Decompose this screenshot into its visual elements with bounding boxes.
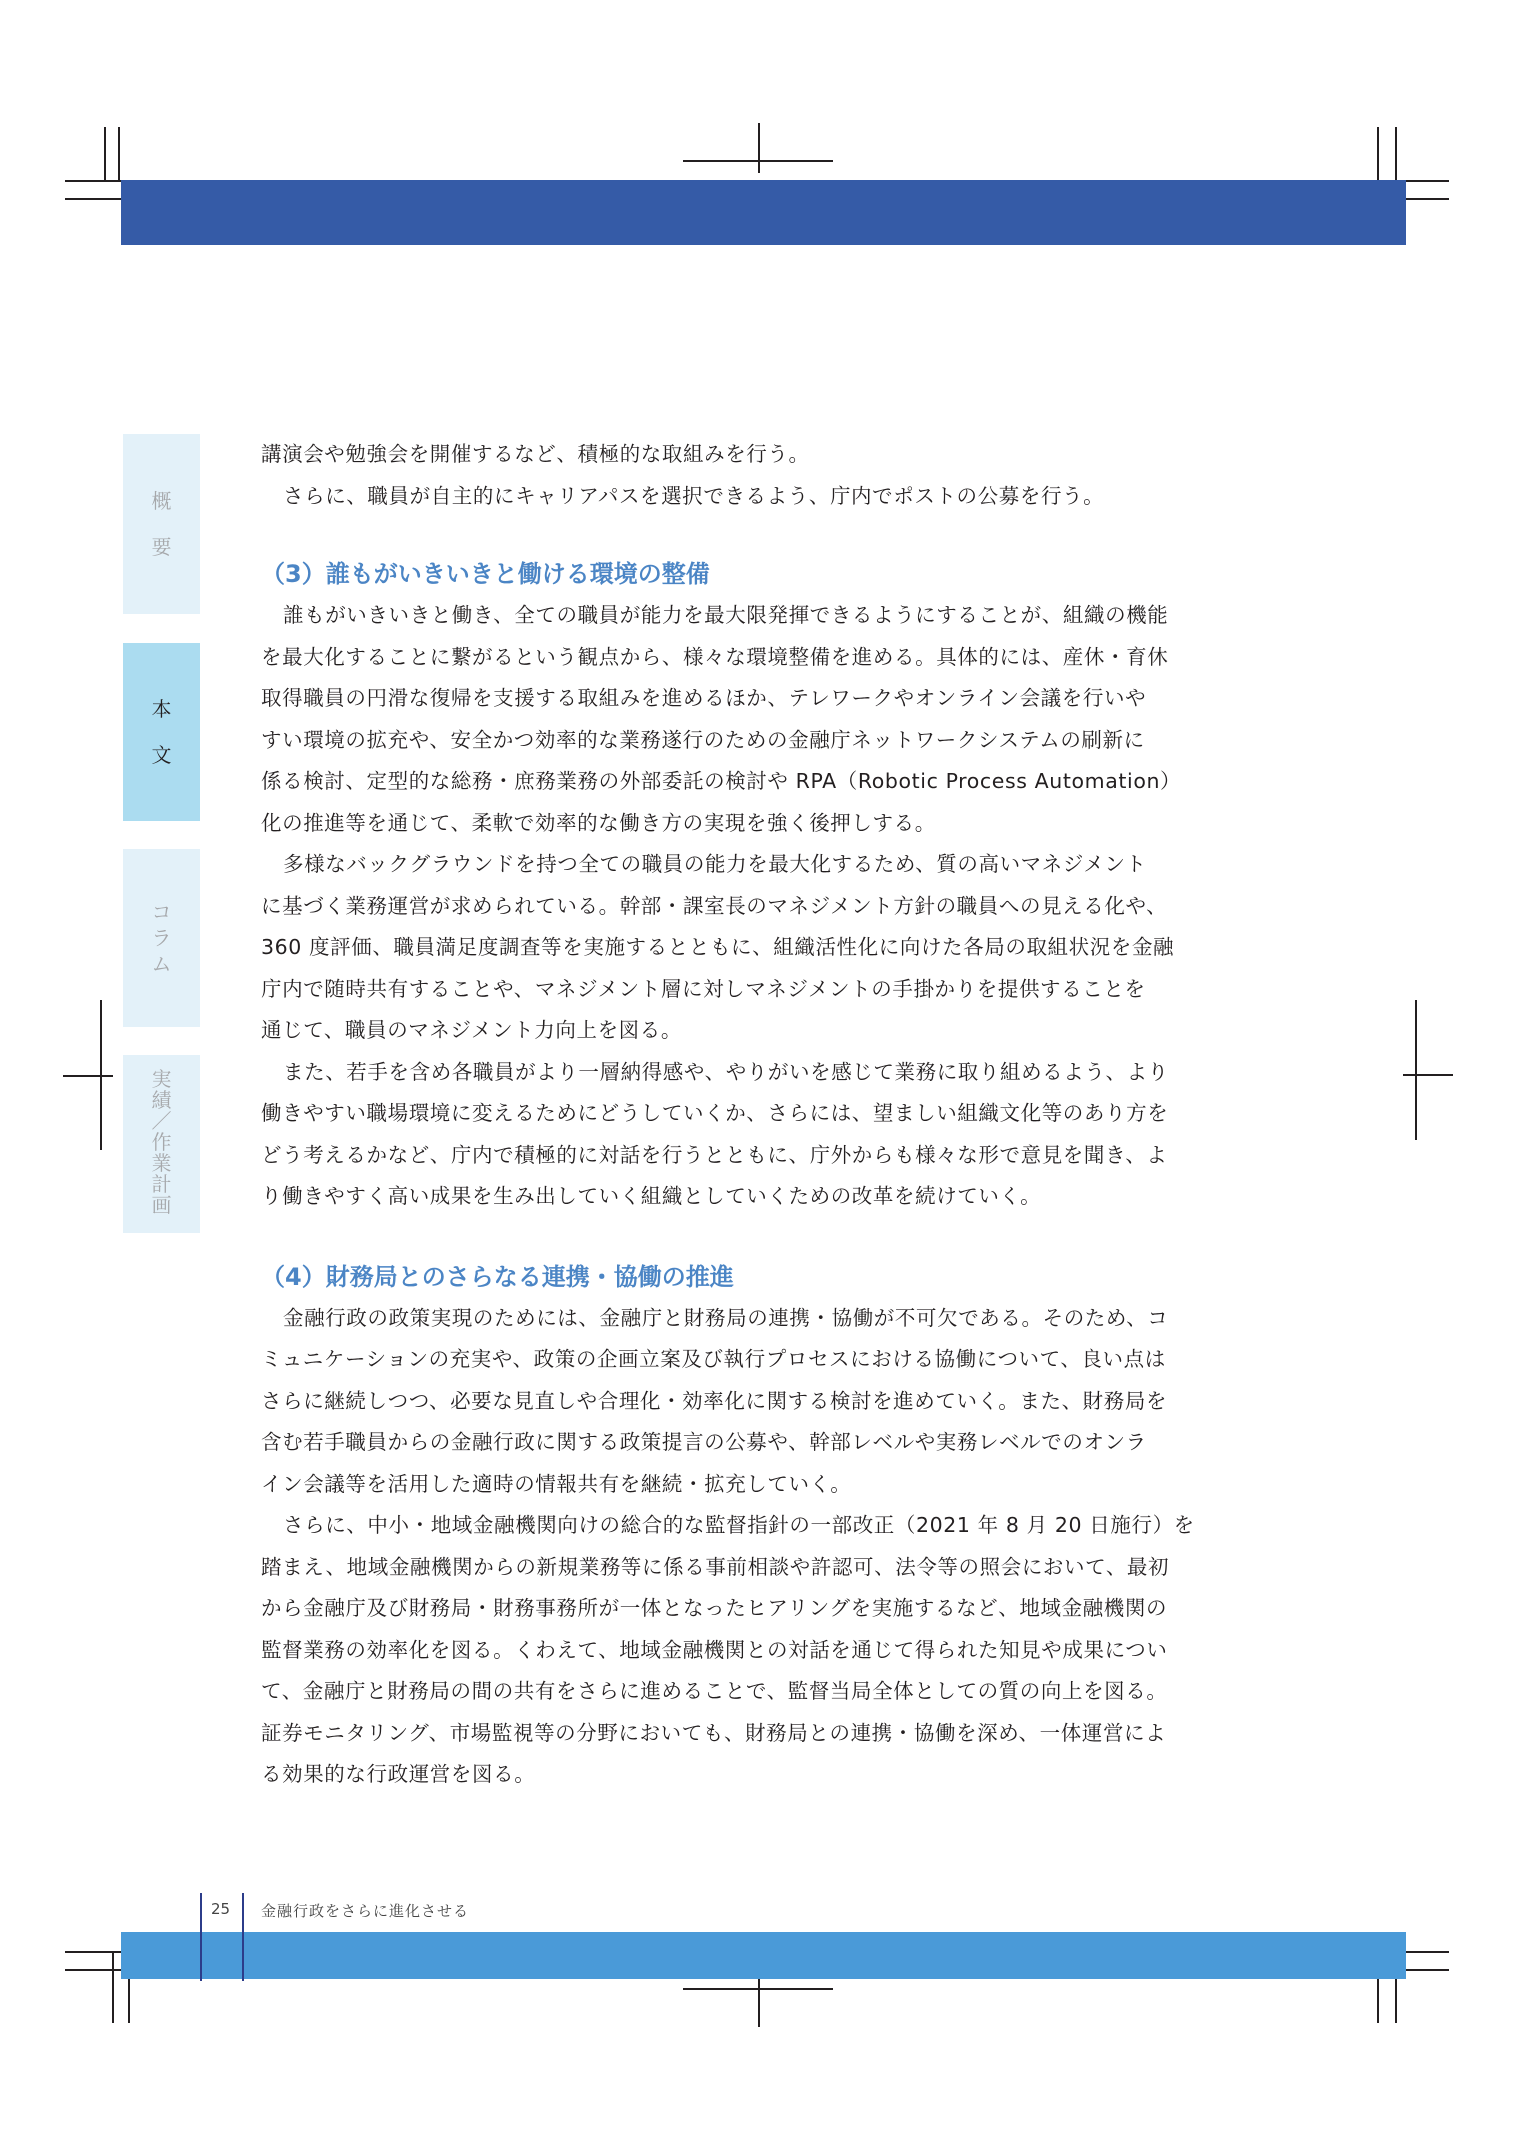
sidebar-tab-overview[interactable]: 概 要 — [123, 434, 200, 614]
crop-mark — [758, 123, 760, 173]
text-line: さらに、中小・地域金融機関向けの総合的な監督指針の一部改正（2021 年 8 月… — [261, 1505, 1241, 1547]
section-4: （4）財務局とのさらなる連携・協働の推進 金融行政の政策実現のためには、金融庁と… — [261, 1257, 1241, 1796]
crop-mark — [63, 1075, 113, 1077]
text-line: 含む若手職員からの金融行政に関する政策提言の公募や、幹部レベルや実務レベルでのオ… — [261, 1422, 1241, 1464]
footer-divider — [242, 1893, 244, 1981]
footer-divider — [200, 1893, 202, 1981]
crop-mark — [112, 1951, 114, 2023]
tab-char: 画 — [152, 1195, 172, 1215]
crop-mark — [65, 198, 121, 200]
tab-char: 文 — [152, 745, 172, 765]
text-line: 係る検討、定型的な総務・庶務業務の外部委託の検討や RPA（Robotic Pr… — [261, 761, 1241, 803]
tab-char: 本 — [152, 699, 172, 719]
text-line: 監督業務の効率化を図る。くわえて、地域金融機関との対話を通じて得られた知見や成果… — [261, 1630, 1241, 1672]
crop-mark — [758, 1977, 760, 2027]
text-line: 化の推進等を通じて、柔軟で効率的な働き方の実現を強く後押しする。 — [261, 803, 1241, 845]
text-line: イン会議等を活用した適時の情報共有を継続・拡充していく。 — [261, 1464, 1241, 1506]
tab-char: 業 — [152, 1153, 172, 1173]
text-line: り働きやすく高い成果を生み出していく組織としていくための改革を続けていく。 — [261, 1176, 1241, 1218]
page-footer: 25 金融行政をさらに進化させる — [0, 1892, 1519, 1932]
crop-mark — [1377, 127, 1379, 180]
paragraph: 多様なバックグラウンドを持つ全ての職員の能力を最大化するため、質の高いマネジメン… — [261, 844, 1241, 1052]
header-band — [121, 180, 1406, 245]
text-line: 踏まえ、地域金融機関からの新規業務等に係る事前相談や許認可、法令等の照会において… — [261, 1547, 1241, 1589]
crop-mark — [118, 127, 120, 180]
tab-char: コ — [152, 902, 172, 922]
text-line: 通じて、職員のマネジメント力向上を図る。 — [261, 1010, 1241, 1052]
text-line: から金融庁及び財務局・財務事務所が一体となったヒアリングを実施するなど、地域金融… — [261, 1588, 1241, 1630]
tab-char: 計 — [152, 1174, 172, 1194]
text-line: どう考えるかなど、庁内で積極的に対話を行うとともに、庁外からも様々な形で意見を聞… — [261, 1135, 1241, 1177]
text-line: 取得職員の円滑な復帰を支援する取組みを進めるほか、テレワークやオンライン会議を行… — [261, 678, 1241, 720]
chapter-title: 金融行政をさらに進化させる — [261, 1900, 469, 1921]
footer-band — [121, 1932, 1406, 1979]
crop-mark — [1395, 127, 1397, 180]
crop-mark — [1403, 1074, 1453, 1076]
paragraph: 誰もがいきいきと働き、全ての職員が能力を最大限発揮できるようにすることが、組織の… — [261, 595, 1241, 844]
section-heading: （3）誰もがいきいきと働ける環境の整備 — [261, 554, 1241, 595]
tab-char: 要 — [152, 537, 172, 557]
text-line: 講演会や勉強会を開催するなど、積極的な取組みを行う。 — [261, 434, 1241, 476]
text-line: また、若手を含め各職員がより一層納得感や、やりがいを感じて業務に取り組めるよう、… — [261, 1052, 1241, 1094]
tab-char: 概 — [152, 491, 172, 511]
sidebar-tab-column[interactable]: コ ラ ム — [123, 849, 200, 1027]
main-content: 講演会や勉強会を開催するなど、積極的な取組みを行う。 さらに、職員が自主的にキャ… — [261, 434, 1241, 1796]
page-number: 25 — [211, 1900, 230, 1918]
paragraph: また、若手を含め各職員がより一層納得感や、やりがいを感じて業務に取り組めるよう、… — [261, 1052, 1241, 1218]
tab-char: ム — [152, 954, 172, 974]
paragraph: さらに、中小・地域金融機関向けの総合的な監督指針の一部改正（2021 年 8 月… — [261, 1505, 1241, 1796]
text-line: る効果的な行政運営を図る。 — [261, 1754, 1241, 1796]
text-line: 庁内で随時共有することや、マネジメント層に対しマネジメントの手掛かりを提供するこ… — [261, 969, 1241, 1011]
tab-char: ／ — [152, 1111, 172, 1131]
section-3: （3）誰もがいきいきと働ける環境の整備 誰もがいきいきと働き、全ての職員が能力を… — [261, 554, 1241, 1218]
crop-mark — [104, 127, 106, 180]
paragraph: 金融行政の政策実現のためには、金融庁と財務局の連携・協働が不可欠である。そのため… — [261, 1298, 1241, 1506]
text-line: ミュニケーションの充実や、政策の企画立案及び執行プロセスにおける協働について、良… — [261, 1339, 1241, 1381]
crop-mark — [1415, 1000, 1417, 1140]
text-line: 働きやすい職場環境に変えるためにどうしていくか、さらには、望ましい組織文化等のあ… — [261, 1093, 1241, 1135]
sidebar-tab-results-plan[interactable]: 実 績 ／ 作 業 計 画 — [123, 1055, 200, 1233]
text-line: さらに継続しつつ、必要な見直しや合理化・効率化に関する検討を進めていく。また、財… — [261, 1381, 1241, 1423]
text-line: 誰もがいきいきと働き、全ての職員が能力を最大限発揮できるようにすることが、組織の… — [261, 595, 1241, 637]
tab-char: 実 — [152, 1069, 172, 1089]
text-line: 多様なバックグラウンドを持つ全ての職員の能力を最大化するため、質の高いマネジメン… — [261, 844, 1241, 886]
text-line: に基づく業務運営が求められている。幹部・課室長のマネジメント方針の職員への見える… — [261, 886, 1241, 928]
tab-char: 績 — [152, 1090, 172, 1110]
text-line: て、金融庁と財務局の間の共有をさらに進めることで、監督当局全体としての質の向上を… — [261, 1671, 1241, 1713]
text-line: 360 度評価、職員満足度調査等を実施するとともに、組織活性化に向けた各局の取組… — [261, 927, 1241, 969]
text-line: すい環境の拡充や、安全かつ効率的な業務遂行のための金融庁ネットワークシステムの刷… — [261, 720, 1241, 762]
section-heading: （4）財務局とのさらなる連携・協働の推進 — [261, 1257, 1241, 1298]
text-line: 証券モニタリング、市場監視等の分野においても、財務局との連携・協働を深め、一体運… — [261, 1713, 1241, 1755]
crop-mark — [65, 180, 121, 182]
text-line: さらに、職員が自主的にキャリアパスを選択できるよう、庁内でポストの公募を行う。 — [261, 476, 1241, 518]
tab-char: ラ — [152, 928, 172, 948]
sidebar-tab-main-text[interactable]: 本 文 — [123, 643, 200, 821]
tab-char: 作 — [152, 1132, 172, 1152]
text-line: 金融行政の政策実現のためには、金融庁と財務局の連携・協働が不可欠である。そのため… — [261, 1298, 1241, 1340]
text-line: を最大化することに繋がるという観点から、様々な環境整備を進める。具体的には、産休… — [261, 637, 1241, 679]
